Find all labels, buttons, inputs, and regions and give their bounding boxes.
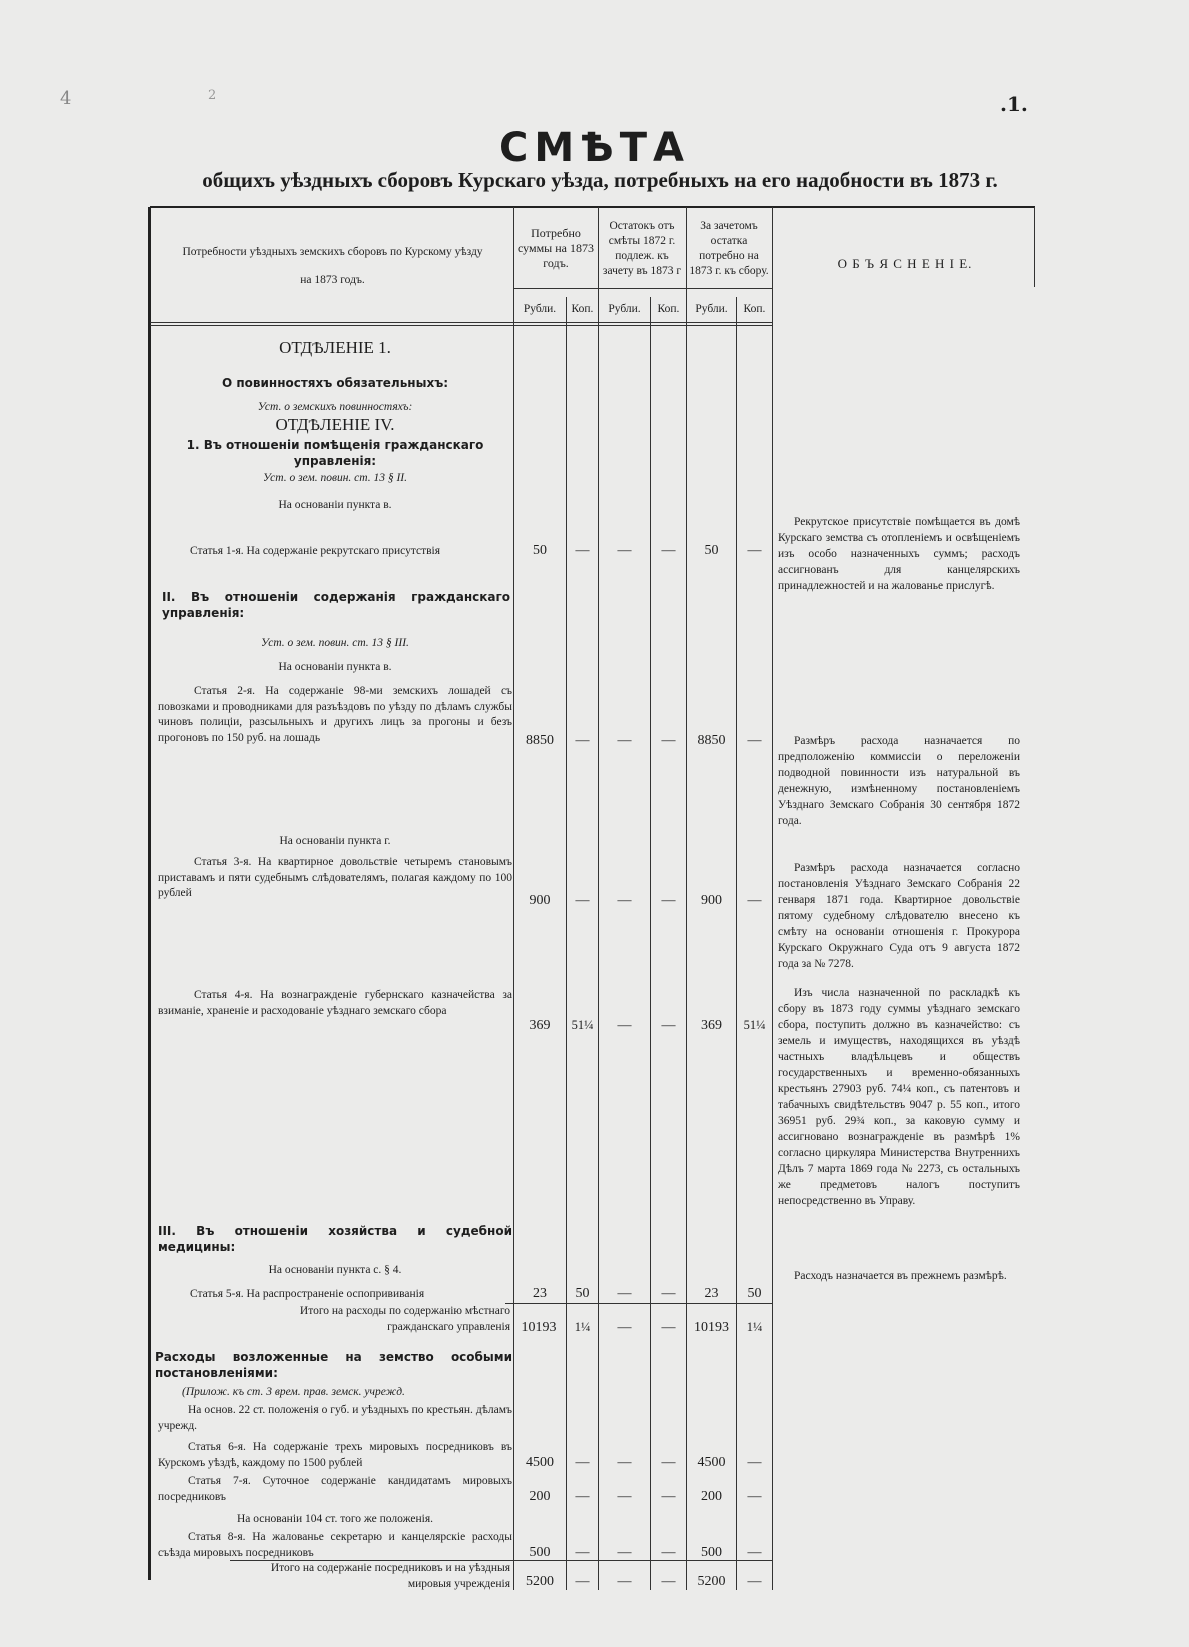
cell-req-kop: —: [567, 1489, 598, 1505]
cell-rem-kop: —: [651, 893, 686, 909]
cell-req-rub: 50: [514, 543, 566, 559]
explanation-3: Размѣръ расхода назначается согласно пос…: [778, 860, 1020, 972]
explanation-4: Изъ числа назначенной по раскладкѣ къ сб…: [778, 985, 1020, 1209]
cell-req-rub: 23: [514, 1286, 566, 1302]
header-remainder: Остатокъ отъ смѣты 1872 г. подлеж. къ за…: [599, 219, 685, 279]
explanation-1: Рекрутское присутствіе помѣщается въ дом…: [778, 514, 1020, 594]
section-1-title: 1. Въ отношеніи помѣщенія гражданскаго у…: [158, 438, 512, 469]
row-label: Статья 4-я. На вознагражденіе губернскаг…: [158, 988, 512, 1019]
explanation-2: Размѣръ расхода назначается по предполож…: [778, 733, 1020, 829]
cell-rem-kop: —: [651, 1545, 686, 1561]
cell-req-rub: 4500: [514, 1455, 566, 1471]
row-label: Статья 8-я. На жалованье секретарю и кан…: [158, 1530, 512, 1561]
cell-rem-rub: —: [599, 1489, 650, 1505]
cell-req-kop: —: [567, 1574, 598, 1590]
header-bottom-rule: [150, 322, 772, 323]
top-rule: [150, 206, 1035, 208]
subtotal-label: Итого на содержаніе посредниковъ и на уѣ…: [230, 1561, 510, 1592]
section-2-ref: Уст. о зем. повин. ст. 13 § III.: [160, 636, 510, 652]
header-bottom-rule-2: [150, 325, 772, 326]
corner-mark-secondary: 2: [208, 88, 216, 103]
section-2-title: II. Въ отношеніи содержанія гражданскаго…: [162, 590, 510, 621]
cell-req-kop: —: [567, 1455, 598, 1471]
section-obligatory: О повинностяхъ обязательныхъ:: [160, 376, 510, 392]
cell-req-kop: —: [567, 893, 598, 909]
cell-rem-rub: —: [599, 1018, 650, 1034]
cell-req-kop: —: [567, 1545, 598, 1561]
cell-net-kop: —: [737, 1455, 772, 1471]
cell-net-kop: 50: [737, 1286, 772, 1302]
header-net: За зачетомъ остатка потребно на 1873 г. …: [687, 219, 771, 279]
cell-rem-kop: —: [651, 543, 686, 559]
header-rub: Рубли.: [514, 302, 566, 317]
cell-rem-kop: —: [651, 1286, 686, 1302]
section-2-basis-g: На основаніи пункта г.: [160, 834, 510, 850]
cell-req-rub: 500: [514, 1545, 566, 1561]
cell-net-rub: 369: [687, 1018, 736, 1034]
cell-rem-kop: —: [651, 1574, 686, 1590]
explanation-5: Расходъ назначается въ прежнемъ размѣрѣ.: [778, 1268, 1020, 1284]
row-label: Статья 2-я. На содержаніе 98-ми земскихъ…: [158, 684, 512, 746]
header-kop: Коп.: [651, 302, 686, 317]
cell-rem-kop: —: [651, 1489, 686, 1505]
row-label: Статья 7-я. Суточное содержаніе кандидат…: [158, 1474, 512, 1505]
cell-net-rub: 10193: [687, 1320, 736, 1336]
cell-rem-kop: —: [651, 733, 686, 749]
cell-net-kop: —: [737, 733, 772, 749]
cell-rem-kop: —: [651, 1320, 686, 1336]
col-divider: [736, 297, 737, 1590]
header-explanation: О Б Ъ Я С Н Е Н І Е.: [780, 256, 1030, 271]
cell-req-kop: —: [567, 733, 598, 749]
cell-rem-rub: —: [599, 1574, 650, 1590]
cell-net-kop: —: [737, 1489, 772, 1505]
cell-rem-rub: —: [599, 893, 650, 909]
cell-net-rub: 200: [687, 1489, 736, 1505]
cell-rem-rub: —: [599, 1455, 650, 1471]
section-1-ref: Уст. о зем. повин. ст. 13 § II.: [160, 471, 510, 487]
section-3-basis: На основаніи пункта с. § 4.: [160, 1263, 510, 1279]
row-label: Статья 5-я. На распространеніе оспоприви…: [190, 1287, 510, 1303]
document-title: СМѢТА: [0, 125, 1189, 171]
cell-rem-kop: —: [651, 1455, 686, 1471]
col-divider: [772, 207, 773, 1590]
cell-req-kop: 51¼: [567, 1018, 598, 1033]
cell-net-kop: 1¼: [737, 1320, 772, 1335]
cell-net-kop: —: [737, 1574, 772, 1590]
corner-mark: 4: [60, 88, 71, 109]
subtotal-label: Итого на расходы по содержанію мѣстнаго …: [280, 1304, 510, 1335]
header-rub: Рубли.: [599, 302, 650, 317]
header-kop: Коп.: [567, 302, 598, 317]
cell-rem-kop: —: [651, 1018, 686, 1034]
basis-104: На основаніи 104 ст. того же положенія.: [160, 1512, 510, 1528]
col-divider: [566, 297, 567, 1590]
section-1-basis: На основаніи пункта в.: [160, 498, 510, 514]
cell-req-kop: 50: [567, 1286, 598, 1302]
cell-net-kop: —: [737, 543, 772, 559]
cell-rem-rub: —: [599, 543, 650, 559]
section-ust: Уст. о земскихъ повинностяхъ:: [160, 400, 510, 416]
cell-req-rub: 5200: [514, 1574, 566, 1590]
cell-rem-rub: —: [599, 1545, 650, 1561]
cell-req-kop: —: [567, 543, 598, 559]
section-special-basis: На основ. 22 ст. положенія о губ. и уѣзд…: [158, 1403, 512, 1434]
cell-net-rub: 900: [687, 893, 736, 909]
cell-req-kop: 1¼: [567, 1320, 598, 1335]
section-3-title: III. Въ отношеніи хозяйства и судебной м…: [158, 1224, 512, 1255]
cell-rem-rub: —: [599, 1320, 650, 1336]
section-special-ref: (Прилож. къ ст. 3 врем. прав. земск. учр…: [182, 1385, 510, 1401]
header-required: Потребно суммы на 1873 годъ.: [515, 226, 597, 271]
row-rule: [505, 1303, 772, 1304]
row-label: Статья 1-я. На содержаніе рекрутскаго пр…: [190, 544, 510, 560]
cell-req-rub: 200: [514, 1489, 566, 1505]
cell-net-rub: 50: [687, 543, 736, 559]
cell-req-rub: 369: [514, 1018, 566, 1034]
cell-net-rub: 8850: [687, 733, 736, 749]
page-number: .1.: [1000, 92, 1028, 116]
cell-req-rub: 10193: [512, 1320, 566, 1336]
header-kop: Коп.: [737, 302, 772, 317]
cell-net-rub: 23: [687, 1286, 736, 1302]
header-needs-year: на 1873 годъ.: [155, 273, 510, 288]
cell-req-rub: 900: [514, 893, 566, 909]
cell-net-rub: 4500: [687, 1455, 736, 1471]
cell-net-rub: 500: [687, 1545, 736, 1561]
section-dept1: ОТДѢЛЕНІЕ 1.: [160, 340, 510, 356]
cell-net-kop: —: [737, 893, 772, 909]
row-label: Статья 3-я. На квартирное довольствіе че…: [158, 855, 512, 902]
row-label: Статья 6-я. На содержаніе трехъ мировыхъ…: [158, 1440, 512, 1471]
cell-net-rub: 5200: [687, 1574, 736, 1590]
section-2-basis: На основаніи пункта в.: [160, 660, 510, 676]
header-subrule: [513, 288, 772, 289]
col-divider: [650, 297, 651, 1590]
cell-net-kop: 51¼: [737, 1018, 772, 1033]
document-subtitle: общихъ уѣздныхъ сборовъ Курскаго уѣзда, …: [150, 168, 1050, 193]
cell-req-rub: 8850: [514, 733, 566, 749]
cell-net-kop: —: [737, 1545, 772, 1561]
header-rub: Рубли.: [687, 302, 736, 317]
left-frame-line: [148, 207, 151, 1580]
cell-rem-rub: —: [599, 733, 650, 749]
cell-rem-rub: —: [599, 1286, 650, 1302]
header-needs: Потребности уѣздныхъ земскихъ сборовъ по…: [155, 245, 510, 260]
section-dept4: ОТДѢЛЕНІЕ IV.: [160, 417, 510, 433]
right-frame-line: [1034, 207, 1035, 287]
section-special-title: Расходы возложенные на земство особыми п…: [155, 1350, 512, 1381]
